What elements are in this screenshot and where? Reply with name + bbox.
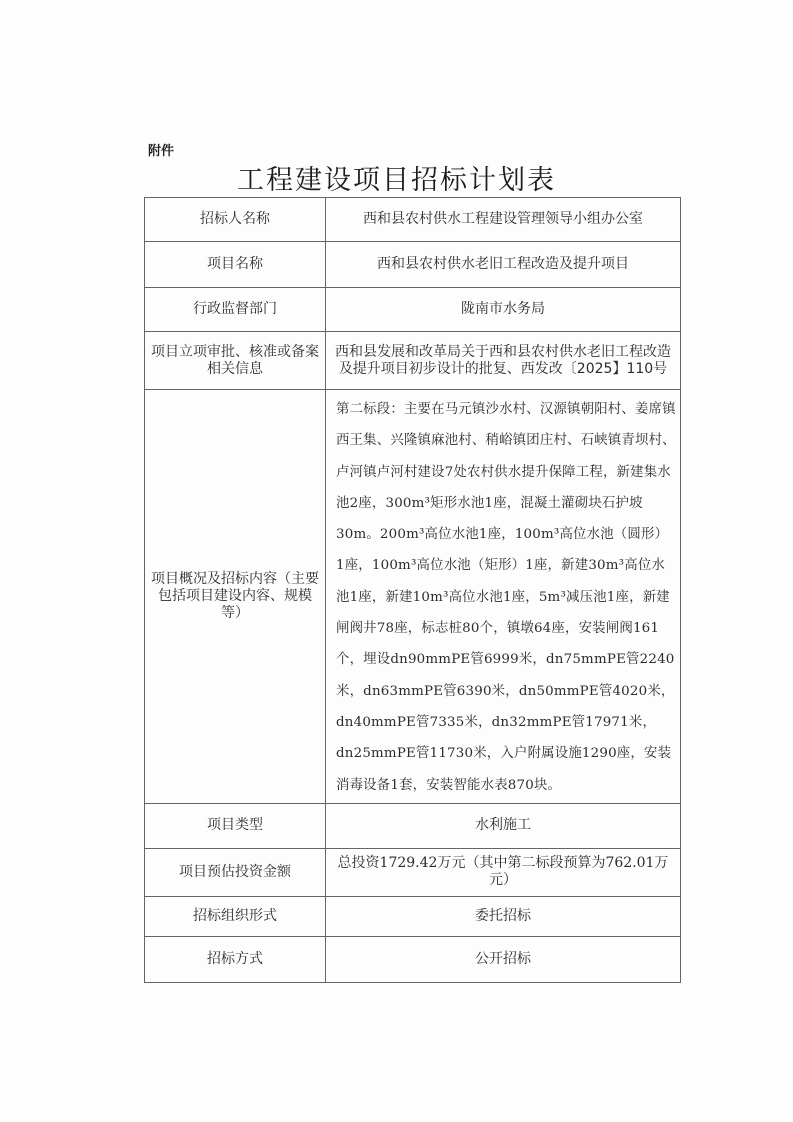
row-label: 项目预估投资金额 [145, 848, 326, 896]
row-label: 行政监督部门 [145, 288, 326, 332]
row-label: 项目类型 [145, 803, 326, 848]
row-value: 西和县农村供水老旧工程改造及提升项目 [326, 242, 681, 288]
table-row-project-name: 项目名称 西和县农村供水老旧工程改造及提升项目 [145, 242, 681, 288]
row-value: 委托招标 [326, 896, 681, 936]
row-label: 招标组织形式 [145, 896, 326, 936]
table-row-supervisory-dept: 行政监督部门 陇南市水务局 [145, 288, 681, 332]
row-value: 第二标段：主要在马元镇沙水村、汉源镇朝阳村、姜席镇西王集、兴隆镇麻池村、稍峪镇团… [326, 390, 681, 804]
row-value: 西和县农村供水工程建设管理领导小组办公室 [326, 198, 681, 242]
table-row-project-type: 项目类型 水利施工 [145, 803, 681, 848]
row-value: 总投资1729.42万元（其中第二标段预算为762.01万元） [326, 848, 681, 896]
table-row-bidding-method: 招标方式 公开招标 [145, 936, 681, 982]
table-row-tenderer: 招标人名称 西和县农村供水工程建设管理领导小组办公室 [145, 198, 681, 242]
document-title: 工程建设项目招标计划表 [0, 158, 793, 197]
row-value: 西和县发展和改革局关于西和县农村供水老旧工程改造及提升项目初步设计的批复、西发改… [326, 332, 681, 390]
row-label: 招标人名称 [145, 198, 326, 242]
row-value: 水利施工 [326, 803, 681, 848]
table-row-organization-form: 招标组织形式 委托招标 [145, 896, 681, 936]
row-label: 项目名称 [145, 242, 326, 288]
bidding-plan-table: 招标人名称 西和县农村供水工程建设管理领导小组办公室 项目名称 西和县农村供水老… [144, 197, 681, 983]
row-value: 公开招标 [326, 936, 681, 982]
table-row-approval-info: 项目立项审批、核准或备案相关信息 西和县发展和改革局关于西和县农村供水老旧工程改… [145, 332, 681, 390]
table-row-investment: 项目预估投资金额 总投资1729.42万元（其中第二标段预算为762.01万元） [145, 848, 681, 896]
row-label: 招标方式 [145, 936, 326, 982]
row-value: 陇南市水务局 [326, 288, 681, 332]
row-label: 项目概况及招标内容（主要包括项目建设内容、规模等） [145, 390, 326, 804]
attachment-label: 附件 [148, 140, 174, 159]
row-label: 项目立项审批、核准或备案相关信息 [145, 332, 326, 390]
table-row-project-overview: 项目概况及招标内容（主要包括项目建设内容、规模等） 第二标段：主要在马元镇沙水村… [145, 390, 681, 804]
document-page: 附件 工程建设项目招标计划表 招标人名称 西和县农村供水工程建设管理领导小组办公… [0, 0, 793, 1122]
